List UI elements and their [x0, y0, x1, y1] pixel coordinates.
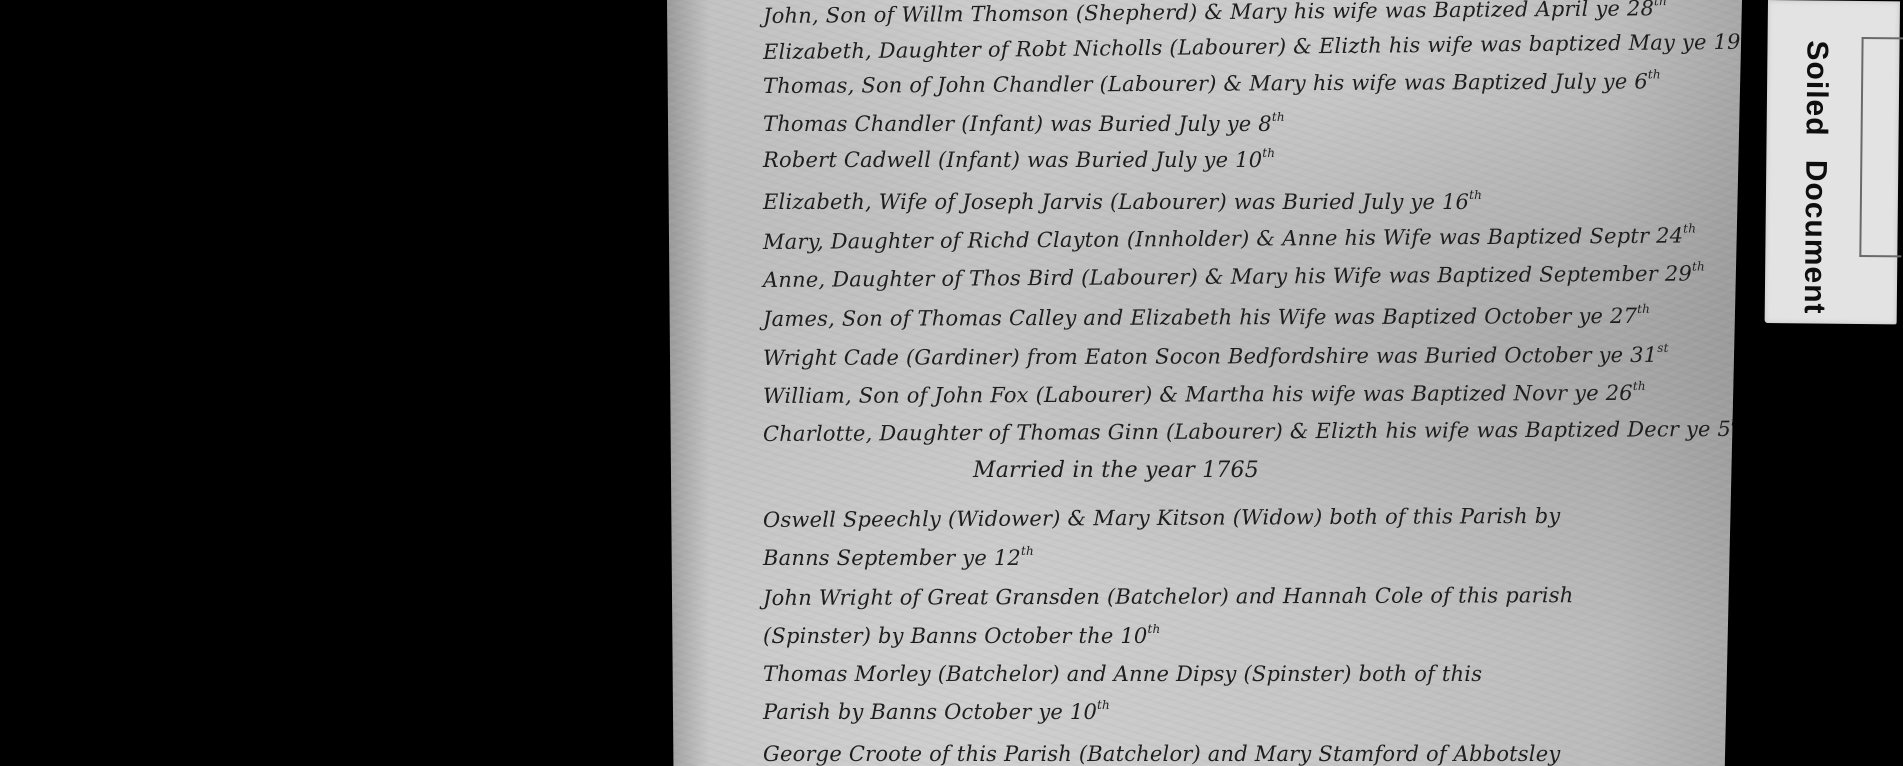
burial-entry: Robert Cadwell (Infant) was Buried July …	[763, 146, 1275, 172]
baptism-entry: John, Son of Willm Thomson (Shepherd) & …	[763, 0, 1667, 28]
baptism-entry: Charlotte, Daughter of Thomas Ginn (Labo…	[763, 415, 1744, 446]
marriage-entry-continued: (Spinster) by Banns October the 10th	[763, 622, 1160, 648]
baptism-entry: Anne, Daughter of Thos Bird (Labourer) &…	[763, 259, 1705, 292]
soiled-document-label-text: Soiled Document	[1797, 40, 1834, 314]
burial-entry: Elizabeth, Wife of Joseph Jarvis (Labour…	[763, 188, 1482, 214]
register-page: John, Son of Willm Thomson (Shepherd) & …	[667, 0, 1742, 766]
baptism-entry: Mary, Daughter of Richd Clayton (Innhold…	[763, 221, 1696, 254]
marriage-entry: George Croote of this Parish (Batchelor)…	[763, 740, 1560, 766]
baptism-entry: Thomas, Son of John Chandler (Labourer) …	[763, 67, 1661, 98]
burial-entry: Thomas Chandler (Infant) was Buried July…	[763, 110, 1285, 136]
marriage-entry-continued: Parish by Banns October ye 10th	[763, 698, 1110, 724]
marriages-heading: Married in the year 1765	[973, 458, 1259, 483]
marriage-entry-continued: Banns September ye 12th	[763, 544, 1034, 570]
burial-entry: Wright Cade (Gardiner) from Eaton Socon …	[763, 341, 1669, 370]
baptism-entry: William, Son of John Fox (Labourer) & Ma…	[763, 379, 1646, 408]
baptism-entry: Elizabeth, Daughter of Robt Nicholls (La…	[763, 28, 1754, 64]
marriage-entry: John Wright of Great Gransden (Batchelor…	[763, 581, 1574, 610]
marriage-entry: Thomas Morley (Batchelor) and Anne Dipsy…	[763, 660, 1482, 686]
label-frame	[1859, 37, 1903, 257]
soiled-document-label: Soiled Document	[1765, 0, 1900, 324]
baptism-entry: James, Son of Thomas Calley and Elizabet…	[763, 302, 1650, 331]
scan-background-left	[0, 0, 667, 766]
marriage-entry: Oswell Speechly (Widower) & Mary Kitson …	[763, 502, 1561, 532]
